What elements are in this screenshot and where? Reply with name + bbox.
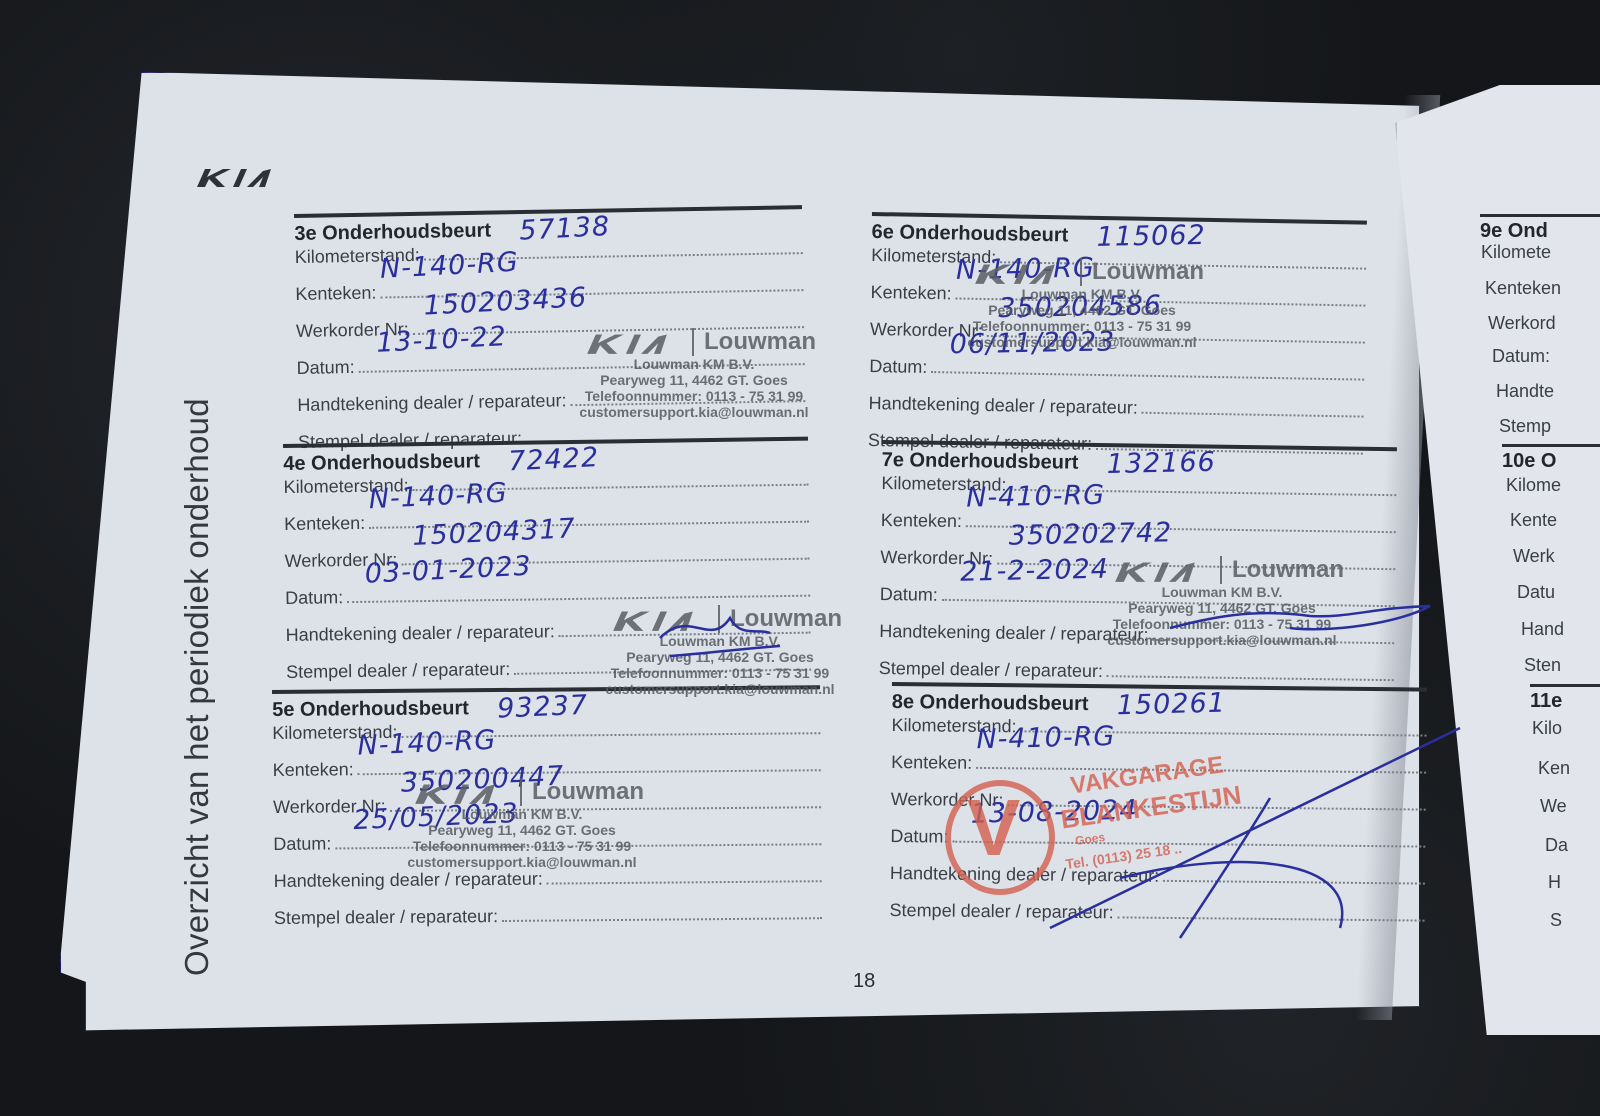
handwritten-kenteken: N-410-RG <box>966 480 1106 514</box>
field-label: Datum: <box>273 833 331 855</box>
field-label: Datum: <box>890 826 948 848</box>
field-label: Datum: <box>869 356 927 378</box>
field-label: Stempel dealer / reparateur: <box>274 906 498 929</box>
dealer-stamp: Louwman Louwman KM B.V.Pearyweg 11, 4462… <box>572 328 816 420</box>
field-label: Stemp <box>1499 416 1551 437</box>
field-label: Kente <box>1510 510 1557 531</box>
kia-logo-icon <box>1100 556 1210 584</box>
kia-logo-icon <box>572 328 682 356</box>
handwritten-kilometerstand: 57138 <box>519 211 611 247</box>
section-divider <box>1480 214 1600 217</box>
dealer-stamp: Louwman Louwman KM B.V.Pearyweg 11, 4462… <box>400 778 644 870</box>
field-label: Da <box>1545 835 1568 856</box>
service-heading: 10e O <box>1502 450 1556 473</box>
signature-scribble <box>1040 728 1470 948</box>
field-label: Werkord <box>1488 313 1556 334</box>
field-label: Datum: <box>285 587 343 609</box>
field-label: Datum: <box>880 584 938 606</box>
stamp-brand: Louwman <box>1100 556 1344 584</box>
field-label: Kenteken <box>1485 278 1561 299</box>
dotted-fill-line <box>547 879 822 884</box>
dealer-stamp: Louwman Louwman KM B.V.Pearyweg 11, 4462… <box>960 258 1204 350</box>
handwritten-kenteken: N-140-RG <box>368 477 508 515</box>
field-label: Handte <box>1496 381 1554 402</box>
handwritten-werkorder: 150204317 <box>412 513 577 552</box>
service-heading: 9e Ond <box>1480 220 1548 243</box>
handwritten-kilometerstand: 132166 <box>1106 447 1216 480</box>
field-label: Datum: <box>1492 346 1550 367</box>
field-label: Datum: <box>297 357 355 379</box>
field-stempel[interactable]: Stempel dealer / reparateur: <box>274 887 822 929</box>
field-label: S <box>1550 910 1562 931</box>
handwritten-datum: 13-10-22 <box>375 321 507 359</box>
stamp-brand: Louwman <box>400 778 644 806</box>
field-label: Handtekening dealer / reparateur: <box>274 869 543 892</box>
handwritten-datum: 21-2-2024 <box>960 554 1109 588</box>
field-label: Kenteken: <box>870 282 951 304</box>
section-divider <box>1502 444 1600 447</box>
field-label: Kenteken: <box>881 510 962 532</box>
field-label: Kilomete <box>1481 242 1551 263</box>
field-label: Werk <box>1513 546 1555 567</box>
handwritten-werkorder: 350202742 <box>1008 517 1172 551</box>
handwritten-kenteken: N-140-RG <box>357 725 497 762</box>
stamp-brand: Louwman <box>572 328 816 356</box>
field-label: Kenteken: <box>273 759 354 781</box>
field-label: Kenteken: <box>284 513 365 535</box>
kia-logo-icon <box>195 163 273 189</box>
handwritten-kilometerstand: 93237 <box>497 690 589 725</box>
handwritten-kilometerstand: 115062 <box>1096 220 1206 253</box>
page-number: 18 <box>853 970 875 993</box>
field-label: H <box>1548 872 1561 893</box>
section-title: Overzicht van het periodiek onderhoud <box>178 398 216 976</box>
kia-logo-icon <box>400 778 510 806</box>
handwritten-kilometerstand: 72422 <box>508 442 600 477</box>
handwritten-kenteken: N-140-RG <box>379 247 519 285</box>
signature-scribble <box>650 608 1080 828</box>
dotted-fill-line <box>1142 411 1364 418</box>
field-label: Stempel dealer / reparateur: <box>286 659 510 683</box>
kia-logo-icon <box>960 258 1070 286</box>
field-label: Kilome <box>1506 475 1561 496</box>
field-label: Kenteken: <box>295 283 376 305</box>
dotted-fill-line <box>502 916 822 922</box>
stamp-brand: Louwman <box>960 258 1204 286</box>
